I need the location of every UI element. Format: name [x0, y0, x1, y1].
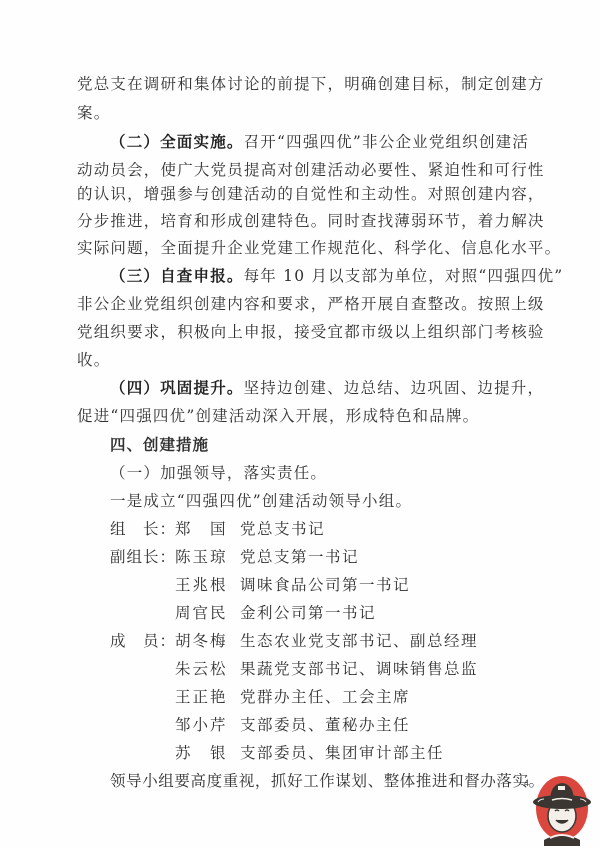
member-title: 果蔬党支部书记、调味销售总监 [240, 659, 478, 679]
member-title: 生态农业党支部书记、副总经理 [240, 631, 478, 651]
member-title: 党群办主任、工会主席 [240, 687, 410, 707]
member-name: 苏 银 [175, 743, 235, 763]
member-title: 支部委员、集团审计部主任 [240, 743, 444, 763]
paragraph-line: 促进“四强四优”创建活动深入开展，形成特色和品牌。 [77, 406, 479, 426]
subsection-two-text: 召开“四强四优”非公企业党组织创建活 [244, 133, 529, 151]
member-name: 王兆根 [175, 575, 235, 595]
subsection-four-text: 坚持边创建、边总结、边巩固、边提升， [244, 379, 545, 397]
paragraph-line: 案。 [77, 103, 110, 123]
subsection-three-line: （三）自查申报。每年 10 月以支部为单位，对照“四强四优” [110, 266, 563, 286]
paragraph-line: 分步推进，培育和形成创建特色。同时查找薄弱环节，着力解决 [77, 211, 545, 231]
member-name: 胡冬梅 [175, 631, 235, 651]
member-title: 支部委员、董秘办主任 [240, 715, 410, 735]
member-title: 调味食品公司第一书记 [240, 575, 410, 595]
member-name: 朱云松 [175, 659, 235, 679]
paragraph-line: 党组织要求，积极向上申报，接受宜都市级以上组织部门考核验 [77, 322, 545, 342]
member-role: 组 长： [110, 519, 174, 539]
member-name: 郑 国 [175, 519, 235, 539]
mascot-logo-icon [530, 770, 594, 846]
paragraph-line: 非公企业党组织创建内容和要求，严格开展自查整改。按照上级 [77, 294, 545, 314]
subsection-three-heading: （三）自查申报。 [110, 266, 244, 285]
paragraph-line: 动动员会，使广大党员提高对创建活动必要性、紧迫性和可行性 [77, 160, 545, 180]
member-name: 陈玉琼 [175, 547, 235, 567]
document-page: 党总支在调研和集体讨论的前提下，明确创建目标，制定创建方 案。 （二）全面实施。… [0, 0, 600, 848]
closing-line: 领导小组要高度重视，抓好工作谋划、整体推进和督办落实。 [110, 771, 545, 791]
member-title: 党总支书记 [240, 519, 325, 539]
paragraph-line: 收。 [77, 350, 110, 370]
member-name: 邹小芹 [175, 715, 235, 735]
member-role: 成 员： [110, 631, 174, 651]
subsection-two-line: （二）全面实施。召开“四强四优”非公企业党组织创建活 [110, 132, 529, 152]
subsection-two-heading: （二）全面实施。 [110, 132, 244, 151]
member-title: 金利公司第一书记 [240, 603, 376, 623]
page-number: 4 [524, 778, 529, 788]
paragraph-line: 的认识，增强参与创建活动的自觉性和主动性。对照创建内容， [77, 184, 545, 204]
subsection-four-heading: （四）巩固提升。 [110, 378, 244, 397]
subsection-four-line: （四）巩固提升。坚持边创建、边总结、边巩固、边提升， [110, 378, 544, 398]
subsection-heading: （一）加强领导，落实责任。 [110, 463, 327, 483]
member-name: 王正艳 [175, 687, 235, 707]
member-name: 周官民 [175, 603, 235, 623]
member-role: 副组长： [110, 547, 174, 567]
subsection-three-text: 每年 10 月以支部为单位，对照“四强四优” [244, 267, 564, 285]
section-heading: 四、创建措施 [110, 435, 209, 455]
member-title: 党总支第一书记 [240, 547, 359, 567]
paragraph-line: 党总支在调研和集体讨论的前提下，明确创建目标，制定创建方 [77, 74, 545, 94]
paragraph-line: 实际问题，全面提升企业党建工作规范化、科学化、信息化水平。 [77, 238, 561, 258]
group-intro: 一是成立“四强四优”创建活动领导小组。 [110, 491, 412, 511]
